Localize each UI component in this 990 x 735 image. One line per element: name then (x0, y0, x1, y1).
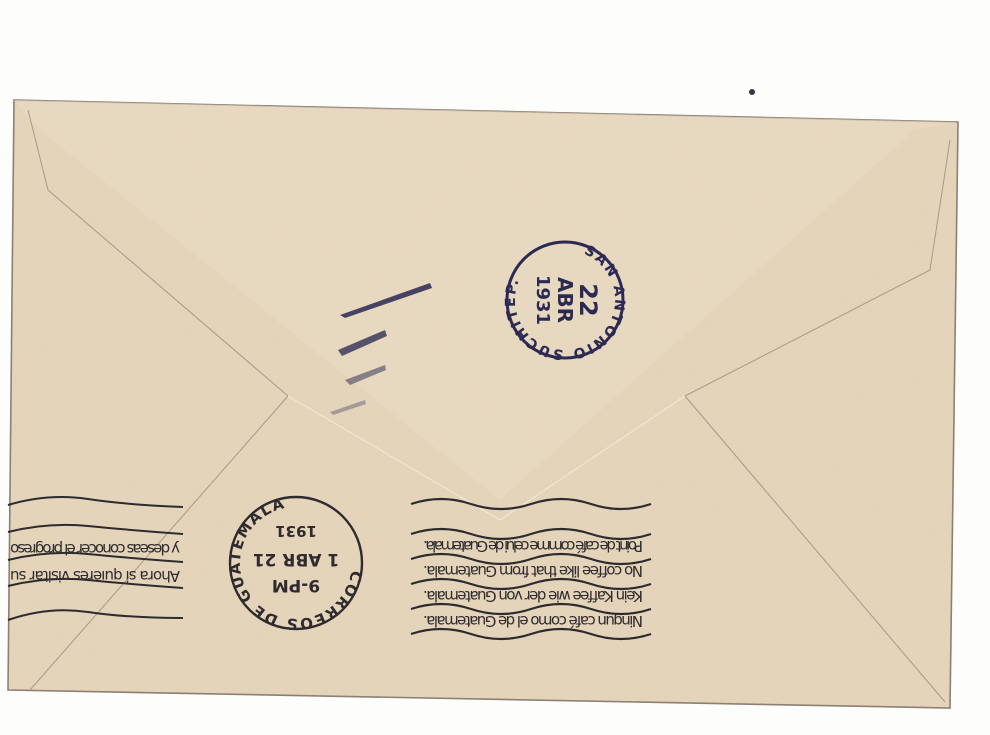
envelope-scan: SAN ANTONIO SUCHITEP. 22 ABR 1931 CORREO… (0, 0, 990, 735)
slogan-line-4: Point de café comme celui de Guatemala. (423, 537, 643, 555)
departure-time: 9-PM (272, 575, 320, 595)
envelope-back: SAN ANTONIO SUCHITEP. 22 ABR 1931 CORREO… (0, 0, 990, 735)
arrival-year: 1931 (532, 275, 553, 325)
left-cancel-line-2: y deseas conocer el progreso (10, 540, 180, 558)
departure-date: 1 ABR 21 (253, 549, 340, 569)
arrival-day: 22 (574, 283, 602, 316)
slogan-line-2: Kein Kaffee wie der von Guatemala. (423, 587, 643, 605)
slogan-line-1: Ningun café como el de Guatemala. (423, 612, 643, 630)
slogan-line-3: No coffee like that from Guatemala. (423, 562, 643, 580)
left-cancel-line-1: Ahora si quieres visitar su (10, 567, 180, 585)
departure-year: 1931 (275, 522, 317, 540)
arrival-month: ABR (553, 277, 577, 323)
ink-speck (749, 89, 755, 95)
